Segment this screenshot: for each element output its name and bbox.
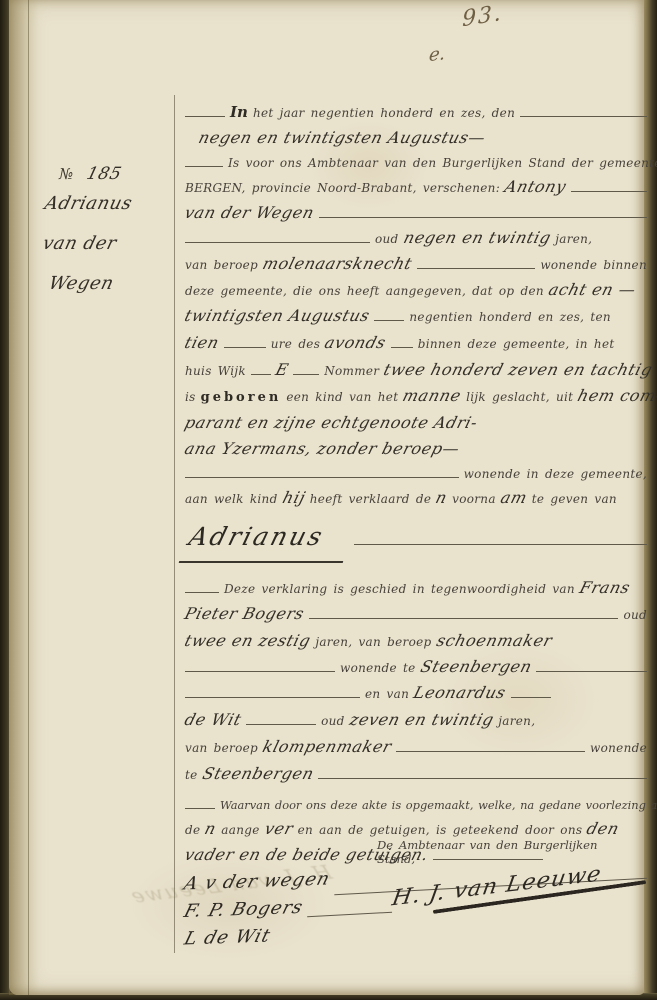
act-line: Pieter Bogersoud <box>185 601 647 628</box>
printed-text: wonende <box>590 735 647 761</box>
act-line: Is voor ons Ambtenaar van den Burgerlijk… <box>185 151 647 175</box>
printed-text: Deze verklaring is geschied in tegenwoor… <box>224 577 575 601</box>
blank-rule <box>318 774 647 779</box>
blank-rule <box>309 614 619 619</box>
act-line: oudnegen en twintigjaren, <box>185 226 647 251</box>
printed-text: lijk geslacht, uit <box>466 385 573 409</box>
handwritten-entry: n <box>433 486 450 510</box>
act-lines: Inhet jaar negentien honderd en zes, den… <box>185 100 647 952</box>
blank-rule <box>354 540 647 545</box>
printed-text: huis Wijk <box>185 358 246 384</box>
handwritten-entry: E <box>272 357 291 383</box>
act-line: aan welk kindhijheeft verklaard denvoorn… <box>185 486 647 511</box>
printed-text: heeft verklaard de <box>310 487 431 511</box>
act-line: Adrianus <box>185 516 647 563</box>
printed-text: binnen deze gemeente, in het <box>418 331 615 357</box>
blank-rule <box>185 473 459 478</box>
handwritten-entry: manne <box>400 384 464 408</box>
handwritten-entry: avonds <box>322 330 390 356</box>
act-line: Inhet jaar negentien honderd en zes, den <box>185 100 647 125</box>
printed-text: is <box>185 385 196 409</box>
act-line: de Witoudzeven en twintigjaren, <box>185 707 647 734</box>
printed-text: te geven van <box>532 487 617 511</box>
blank-rule <box>185 667 335 672</box>
handwritten-entry: Antony <box>502 175 569 199</box>
blank-rule <box>185 162 223 167</box>
blank-rule <box>396 747 585 752</box>
printed-text: jaren, <box>498 708 535 734</box>
printed-text: en van <box>365 681 409 707</box>
act-line: Deze verklaring is geschied in tegenwoor… <box>185 576 647 601</box>
handwritten-entry: molenaarsknecht <box>260 251 416 277</box>
handwritten-entry: acht en — <box>546 278 639 302</box>
act-line: teSteenbergen <box>185 761 647 788</box>
blank-rule <box>511 693 551 698</box>
binding-shadow <box>9 0 39 995</box>
margin-child-name: Adrianus <box>40 184 137 224</box>
handwritten-entry: n <box>202 817 219 841</box>
printed-text: wonende te <box>340 656 416 680</box>
printed-text: oud <box>623 602 647 628</box>
printed-text: een kind van het <box>286 385 398 409</box>
handwritten-entry: negen en twintig <box>400 226 553 250</box>
printed-text: In <box>230 100 248 124</box>
number-label: № <box>59 165 73 183</box>
printed-text: wonende binnen <box>540 252 647 278</box>
blank-rule <box>246 720 316 725</box>
act-line: deze gemeente, die ons heeft aangegeven,… <box>185 278 647 303</box>
handwritten-entry: klompenmaker <box>260 734 395 760</box>
printed-text: van beroep <box>185 735 258 761</box>
margin-child-name: Wegen <box>44 264 118 304</box>
printed-text: deze gemeente, die ons heeft aangegeven,… <box>185 279 544 303</box>
act-line: Waarvan door ons deze akte is opgemaakt,… <box>185 793 647 817</box>
act-line: huis WijkENommertwee honderd zeven en ta… <box>185 357 647 384</box>
printed-text: Nommer <box>324 358 379 384</box>
blank-rule <box>185 693 360 698</box>
act-line: wonende in deze gemeente, <box>185 462 647 486</box>
act-line: isgeboreneen kind van hetmannelijk gesla… <box>185 384 647 410</box>
printed-text: aan welk kind <box>185 487 278 511</box>
handwritten-entry: ver <box>261 817 295 841</box>
printed-text: voorna <box>452 487 496 511</box>
handwritten-entry: schoenmaker <box>433 628 555 654</box>
blank-rule <box>185 588 219 593</box>
act-line: en vanLeonardus <box>185 680 647 707</box>
act-line: wonende teSteenbergen <box>185 655 647 680</box>
blank-rule <box>185 112 225 117</box>
handwritten-entry: Frans <box>577 576 633 600</box>
blank-rule <box>374 316 404 321</box>
blank-rule <box>536 667 647 672</box>
printed-text: oud <box>375 227 399 251</box>
act-line: BERGEN, provincie Noord-Brabant, versche… <box>185 175 647 200</box>
printed-text: ure des <box>271 331 320 357</box>
handwritten-entry: zeven en twintig <box>346 707 497 733</box>
blank-rule <box>319 213 647 218</box>
handwritten-entry: twintigsten Augustus <box>182 303 373 329</box>
gutter-crease <box>28 0 29 995</box>
printed-text: jaren, van beroep <box>315 629 431 655</box>
act-number-row: № 185 <box>59 164 175 184</box>
act-line: ana Yzermans, zonder beroep— <box>185 436 647 462</box>
printed-text: te <box>185 762 198 788</box>
handwritten-entry: Adrianus <box>179 516 356 563</box>
signature: L de Wit <box>181 923 274 954</box>
handwritten-entry: am <box>498 486 530 510</box>
blank-rule <box>185 238 370 243</box>
handwritten-entry: Pieter Bogers <box>182 601 308 627</box>
act-line: van beroepmolenaarsknechtwonende binnen <box>185 251 647 278</box>
handwritten-entry: ana Yzermans, zonder beroep— <box>182 436 463 462</box>
act-line: twee en zestigjaren, van beroepschoenmak… <box>185 628 647 655</box>
handwritten-entry: Steenbergen <box>199 761 317 787</box>
handwritten-entry: hij <box>279 486 308 510</box>
handwritten-entry: Steenbergen <box>417 655 534 679</box>
act-line: parant en zijne echtgenoote Adri- <box>185 410 647 436</box>
act-line: negen en twintigsten Augustus— <box>185 125 647 151</box>
act-line: tienure desavondsbinnen deze gemeente, i… <box>185 330 647 357</box>
register-page: 93. e. № 185 Adrianus van der Wegen Inhe… <box>9 0 644 995</box>
printed-text: de <box>185 818 200 842</box>
printed-text: het jaar negentien honderd en zes, den <box>253 101 515 125</box>
printed-text: BERGEN, provincie Noord-Brabant, versche… <box>185 176 500 200</box>
printed-text: Is voor ons Ambtenaar van den Burgerlijk… <box>228 151 657 175</box>
blank-rule <box>185 804 215 809</box>
handwritten-entry: van der Wegen <box>182 200 318 226</box>
handwritten-entry: de Wit <box>182 707 245 733</box>
blank-rule <box>520 112 647 117</box>
act-line: L de Wit <box>185 924 647 952</box>
act-line: twintigsten Augustusnegentien honderd en… <box>185 303 647 330</box>
handwritten-entry: twee en zestig <box>182 628 314 654</box>
printed-text: negentien honderd en zes, ten <box>409 304 611 330</box>
blank-rule <box>391 343 413 348</box>
blank-rule <box>571 187 647 192</box>
handwritten-entry: twee honderd zeven en tachtig <box>381 357 656 383</box>
blank-rule <box>224 343 266 348</box>
printed-text: oud <box>321 708 345 734</box>
handwritten-entry: tien <box>182 330 223 356</box>
margin-column: № 185 Adrianus van der Wegen <box>43 164 175 304</box>
printed-text: wonende in deze gemeente, <box>464 462 647 486</box>
blank-rule <box>251 370 271 375</box>
page-letter: e. <box>428 43 447 66</box>
handwritten-entry: parant en zijne echtgenoote Adri- <box>182 410 481 436</box>
act-line: van der Wegen <box>185 200 647 226</box>
blank-rule <box>417 264 536 269</box>
handwritten-entry: Leonardus <box>411 680 509 706</box>
handwritten-entry: hem com- <box>575 384 657 408</box>
handwritten-entry: negen en twintigsten Augustus— <box>196 125 489 151</box>
blank-rule <box>307 908 392 917</box>
blank-rule <box>293 370 319 375</box>
printed-text: geboren <box>201 386 282 410</box>
printed-text: Waarvan door ons deze akte is opgemaakt,… <box>220 793 657 817</box>
act-line: van beroepklompenmakerwonende <box>185 734 647 761</box>
margin-child-name: van der <box>38 224 121 264</box>
printed-text: jaren, <box>555 227 592 251</box>
act-number: 185 <box>85 164 124 184</box>
printed-text: van beroep <box>185 252 258 278</box>
officiant-block: De Ambtenaar van den Burgerlijken Stand,… <box>377 838 639 899</box>
printed-text: aange <box>221 818 259 842</box>
form-vertical-rule <box>174 95 175 953</box>
page-number: 93. <box>462 1 503 33</box>
